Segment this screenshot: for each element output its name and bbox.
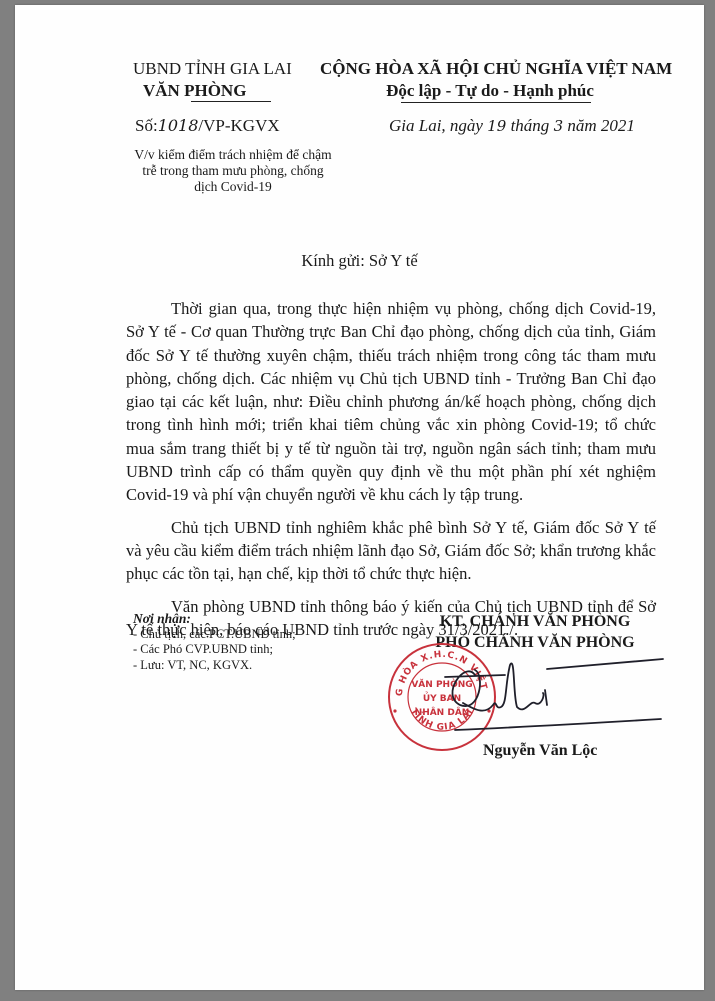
doc-number-handwritten: 1018 <box>158 116 199 135</box>
national-header: CỘNG HÒA XÃ HỘI CHỦ NGHĨA VIỆT NAM Độc l… <box>320 58 660 102</box>
document-page: UBND TỈNH GIA LAI VĂN PHÒNG CỘNG HÒA XÃ … <box>15 5 704 990</box>
recipients-label: Nơi nhận: <box>133 611 296 627</box>
org-parent: UBND TỈNH GIA LAI <box>133 58 292 80</box>
paragraph: Thời gian qua, trong thực hiện nhiệm vụ … <box>126 297 656 507</box>
signer-title-1: KT. CHÁNH VĂN PHÒNG <box>405 611 665 632</box>
recipient-item: - Các Phó CVP.UBND tỉnh; <box>133 642 296 658</box>
doc-number-suffix: /VP-KGVX <box>198 116 279 135</box>
day: 19 <box>487 117 506 135</box>
letter-body: Thời gian qua, trong thực hiện nhiệm vụ … <box>126 297 656 650</box>
motto: Độc lập - Tự do - Hạnh phúc <box>320 80 660 102</box>
recipient-item: - Chủ tịch, các PCT.UBND tỉnh; <box>133 627 296 643</box>
org-underline <box>191 101 271 102</box>
month-label: tháng <box>506 116 553 135</box>
doc-number-prefix: Số: <box>135 116 158 135</box>
org-name: VĂN PHÒNG <box>133 80 292 102</box>
document-number: Số:1018/VP-KGVX <box>135 116 280 136</box>
recipients-list: Nơi nhận: - Chủ tịch, các PCT.UBND tỉnh;… <box>133 611 296 673</box>
month: 3 <box>554 117 564 135</box>
recipient-item: - Lưu: VT, NC, KGVX. <box>133 658 296 674</box>
signer-name: Nguyễn Văn Lộc <box>483 742 597 760</box>
paragraph: Chủ tịch UBND tỉnh nghiêm khắc phê bình … <box>126 516 656 586</box>
year: năm 2021 <box>563 116 635 135</box>
nation-title: CỘNG HÒA XÃ HỘI CHỦ NGHĨA VIỆT NAM <box>320 58 660 80</box>
subject-line: V/v kiểm điểm trách nhiệm để chậm trễ tr… <box>133 147 333 195</box>
greeting: Kính gửi: Sở Y tế <box>15 251 704 271</box>
motto-underline <box>401 102 591 103</box>
issuing-organization: UBND TỈNH GIA LAI VĂN PHÒNG <box>133 58 292 102</box>
handwritten-signature-icon <box>435 655 665 735</box>
place-date: Gia Lai, ngày 19 tháng 3 năm 2021 <box>389 116 635 136</box>
place: Gia Lai, ngày <box>389 116 487 135</box>
